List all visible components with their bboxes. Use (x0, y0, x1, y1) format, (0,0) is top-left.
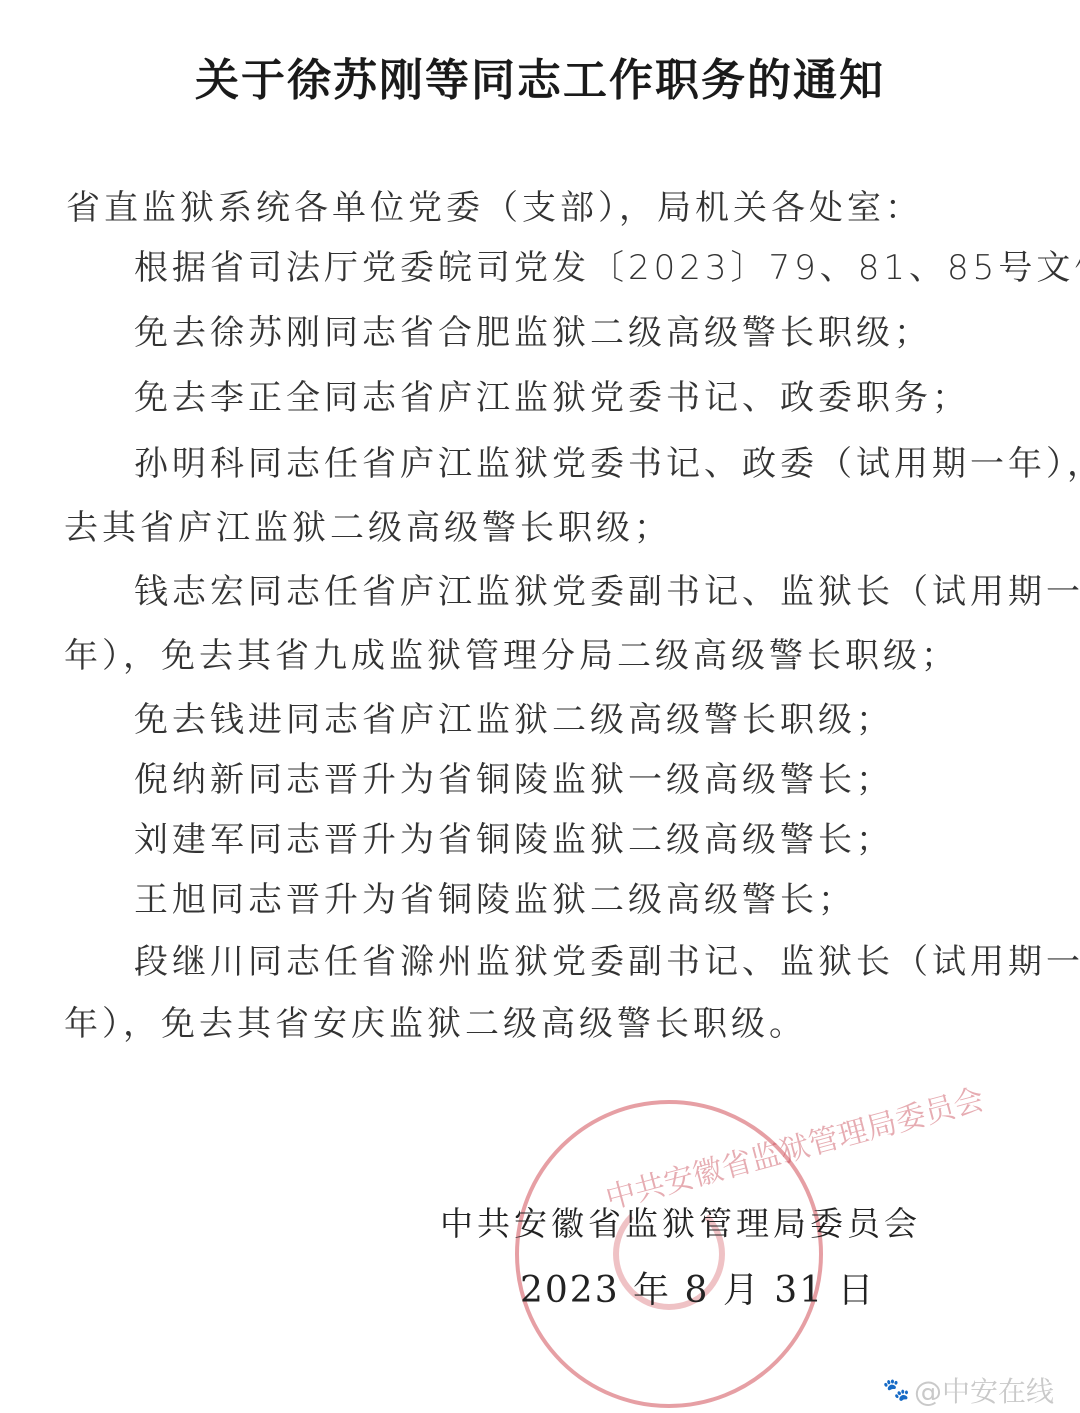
body-line: 免去李正全同志省庐江监狱党委书记、政委职务； (134, 370, 970, 419)
official-seal: 中共安徽省监狱管理局委员会 (515, 1100, 823, 1408)
body-line: 段继川同志任省滁州监狱党委副书记、监狱长（试用期一 (134, 934, 1080, 983)
salutation: 省直监狱系统各单位党委（支部），局机关各处室： (66, 180, 923, 229)
body-line: 刘建军同志晋升为省铜陵监狱二级高级警长； (134, 812, 894, 861)
body-line: 免去徐苏刚同志省合肥监狱二级高级警长职级； (134, 305, 932, 354)
body-line: 倪纳新同志晋升为省铜陵监狱一级高级警长； (134, 752, 894, 801)
body-line: 钱志宏同志任省庐江监狱党委副书记、监狱长（试用期一 (134, 564, 1080, 613)
body-line: 免去钱进同志省庐江监狱二级高级警长职级； (134, 692, 894, 741)
body-line: 年），免去其省九成监狱管理分局二级高级警长职级； (64, 628, 959, 677)
signature-date: 2023 年 8 月 31 日 (520, 1262, 876, 1313)
seal-text: 中共安徽省监狱管理局委员会 (600, 1074, 988, 1217)
body-line: 去其省庐江监狱二级高级警长职级； (64, 500, 672, 549)
body-line: 王旭同志晋升为省铜陵监狱二级高级警长； (134, 872, 856, 921)
watermark-text: @中安在线 (914, 1370, 1054, 1410)
watermark: 🐾 @中安在线 (883, 1370, 1054, 1410)
body-line: 根据省司法厅党委皖司党发〔2023〕79、81、85号文件通知： (134, 240, 1080, 289)
signature-organization: 中共安徽省监狱管理局委员会 (440, 1198, 921, 1245)
document-title: 关于徐苏刚等同志工作职务的通知 (0, 44, 1080, 108)
baidu-paw-icon: 🐾 (883, 1378, 910, 1403)
body-line: 年），免去其省安庆监狱二级高级警长职级。 (64, 996, 807, 1045)
body-line: 孙明科同志任省庐江监狱党委书记、政委（试用期一年），免 (134, 436, 1080, 485)
